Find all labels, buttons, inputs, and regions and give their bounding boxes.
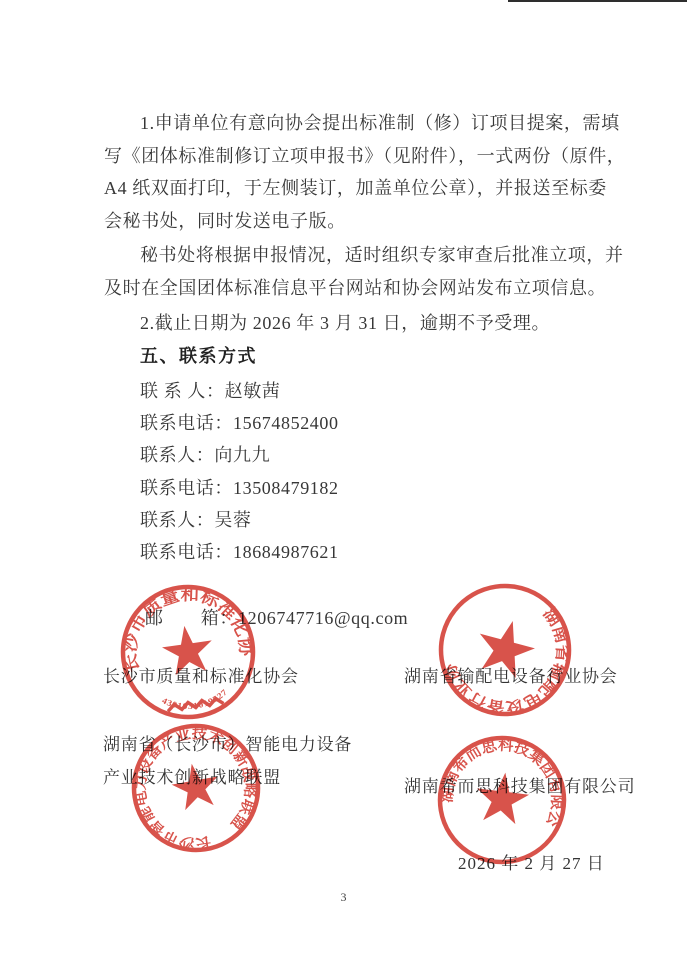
hunan-transmission-seal: 湖南省输配电设备行业协会 [435, 580, 575, 720]
seal-graphic: 湖南省输配电设备行业协会 [435, 580, 575, 720]
body-line: 1.申请单位有意向协会提出标准制（修）订项目提案，需填 [140, 112, 620, 134]
body-line: 秘书处将根据申报情况，适时组织专家审查后批准立项，并 [140, 244, 624, 266]
section-heading: 五、联系方式 [140, 345, 257, 367]
seal-graphic: 长沙市智能电力设备产业技术创新战略联盟 [128, 720, 264, 856]
body-line: 写《团体标准制修订立项申报书》（见附件），一式两份（原件， [104, 145, 625, 167]
smart-power-alliance-seal: 长沙市智能电力设备产业技术创新战略联盟 [128, 720, 264, 856]
contact-phone: 联系电话：15674852400 [140, 412, 339, 434]
seal-star [159, 622, 215, 676]
body-line: A4 纸双面打印，于左侧装订，加盖单位公章），并报送至标委 [104, 177, 607, 199]
seal-star [169, 760, 223, 812]
seal-graphic: 长沙市质量和标准化协会 4301031019527 [116, 580, 260, 724]
body-line: 2.截止日期为 2026 年 3 月 31 日，逾期不予受理。 [140, 312, 550, 334]
contact-phone: 联系电话：13508479182 [140, 477, 339, 499]
contact-name: 联系人：向九九 [140, 444, 270, 466]
xiersi-group-seal: 湖南希而思科技集团有限公司 [434, 732, 570, 868]
contact-phone: 联系电话：18684987621 [140, 541, 339, 563]
document-page: 1.申请单位有意向协会提出标准制（修）订项目提案，需填 写《团体标准制修订立项申… [0, 0, 687, 958]
changsha-quality-seal: 长沙市质量和标准化协会 4301031019527 [116, 580, 260, 724]
contact-name: 联 系 人：赵敏茜 [140, 380, 280, 402]
body-line: 会秘书处，同时发送电子版。 [104, 210, 346, 232]
seal-graphic: 湖南希而思科技集团有限公司 [434, 732, 570, 868]
seal-star [473, 769, 531, 825]
page-number: 3 [0, 890, 687, 905]
body-line: 及时在全国团体标准信息平台网站和协会网站发布立项信息。 [104, 277, 606, 299]
contact-name: 联系人：吴蓉 [140, 509, 252, 531]
seal-star [471, 614, 540, 681]
scan-edge-artifact [508, 0, 687, 2]
